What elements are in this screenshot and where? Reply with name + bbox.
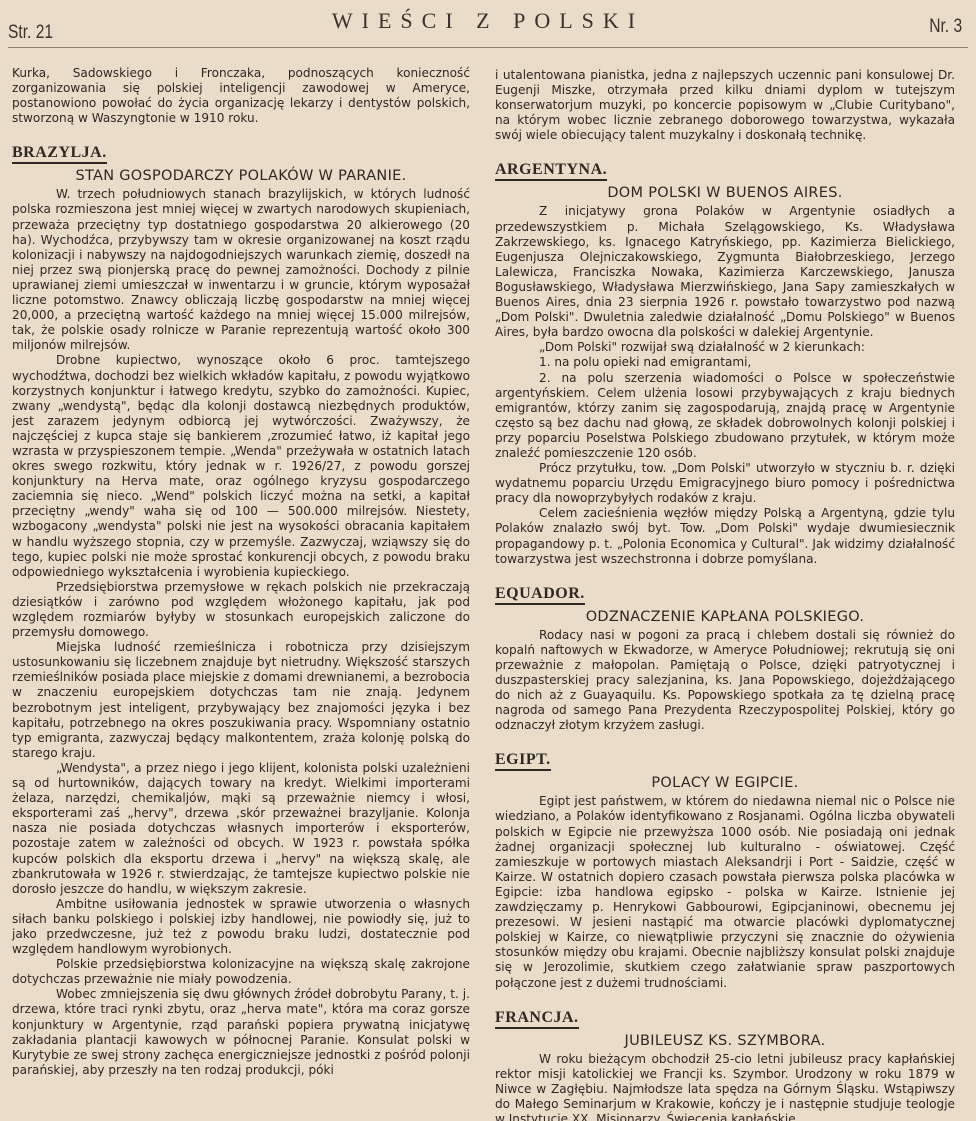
paragraph: W roku bieżącym obchodził 25-cio letni j… [495,1052,955,1121]
paragraph: „Wendysta", a przez niego i jego klijent… [12,761,470,897]
paragraph: Drobne kupiectwo, wynoszące około 6 proc… [12,353,470,579]
issue-number: Nr. 3 [929,16,962,38]
section-heading-egipt: EGIPT. [495,751,551,771]
page-header: Str. 21 WIEŚCI Z POLSKI Nr. 3 [8,0,968,48]
section-heading-brazylja: BRAZYLJA. [12,144,107,164]
paragraph: „Dom Polski" rozwijał swą działalność w … [495,340,955,355]
paragraph: Ambitne usiłowania jednostek w sprawie u… [12,897,470,957]
header-rule [8,47,968,48]
paragraph: Polskie przedsiębiorstwa kolonizacyjne n… [12,957,470,987]
paragraph: Wobec zmniejszenia się dwu głównych źród… [12,987,470,1078]
paragraph: Celem zacieśnienia węzłów między Polską … [495,506,955,566]
article-title: ODZNACZENIE KAPŁANA POLSKIEGO. [495,609,955,626]
right-column: i utalentowana pianistka, jedna z najlep… [495,68,955,1121]
paragraph: Egipt jest państwem, w którem do niedawn… [495,794,955,990]
section-heading-argentyna: ARGENTYNA. [495,161,607,181]
section-heading-equador: EQUADOR. [495,585,585,605]
newspaper-page: Str. 21 WIEŚCI Z POLSKI Nr. 3 Kurka, Sad… [0,0,976,1121]
paragraph: Prócz przytułku, tow. „Dom Polski" utwor… [495,461,955,506]
article-title: JUBILEUSZ KS. SZYMBORA. [495,1033,955,1050]
paragraph: Miejska ludność rzemieślnicza i robotnic… [12,640,470,761]
article-title: STAN GOSPODARCZY POLAKÓW W PARANIE. [12,168,470,185]
paragraph: Rodacy nasi w pogoni za pracą i chlebem … [495,628,955,734]
list-item: 2. na polu szerzenia wiadomości o Polsce… [495,371,955,462]
section-heading-francja: FRANCJA. [495,1009,579,1029]
paragraph: W. trzech południowych stanach brazylijs… [12,187,470,353]
article-title: DOM POLSKI W BUENOS AIRES. [495,185,955,202]
left-column: Kurka, Sadowskiego i Fronczaka, podnoszą… [12,66,470,1078]
article-title: POLACY W EGIPCIE. [495,775,955,792]
continued-paragraph: Kurka, Sadowskiego i Fronczaka, podnoszą… [12,66,470,126]
continued-paragraph: i utalentowana pianistka, jedna z najlep… [495,68,955,143]
list-item: 1. na polu opieki nad emigrantami, [495,355,955,370]
paragraph: Z inicjatywy grona Polaków w Argentynie … [495,204,955,340]
paragraph: Przedsiębiorstwa przemysłowe w rękach po… [12,580,470,640]
publication-title: WIEŚCI Z POLSKI [8,8,968,34]
